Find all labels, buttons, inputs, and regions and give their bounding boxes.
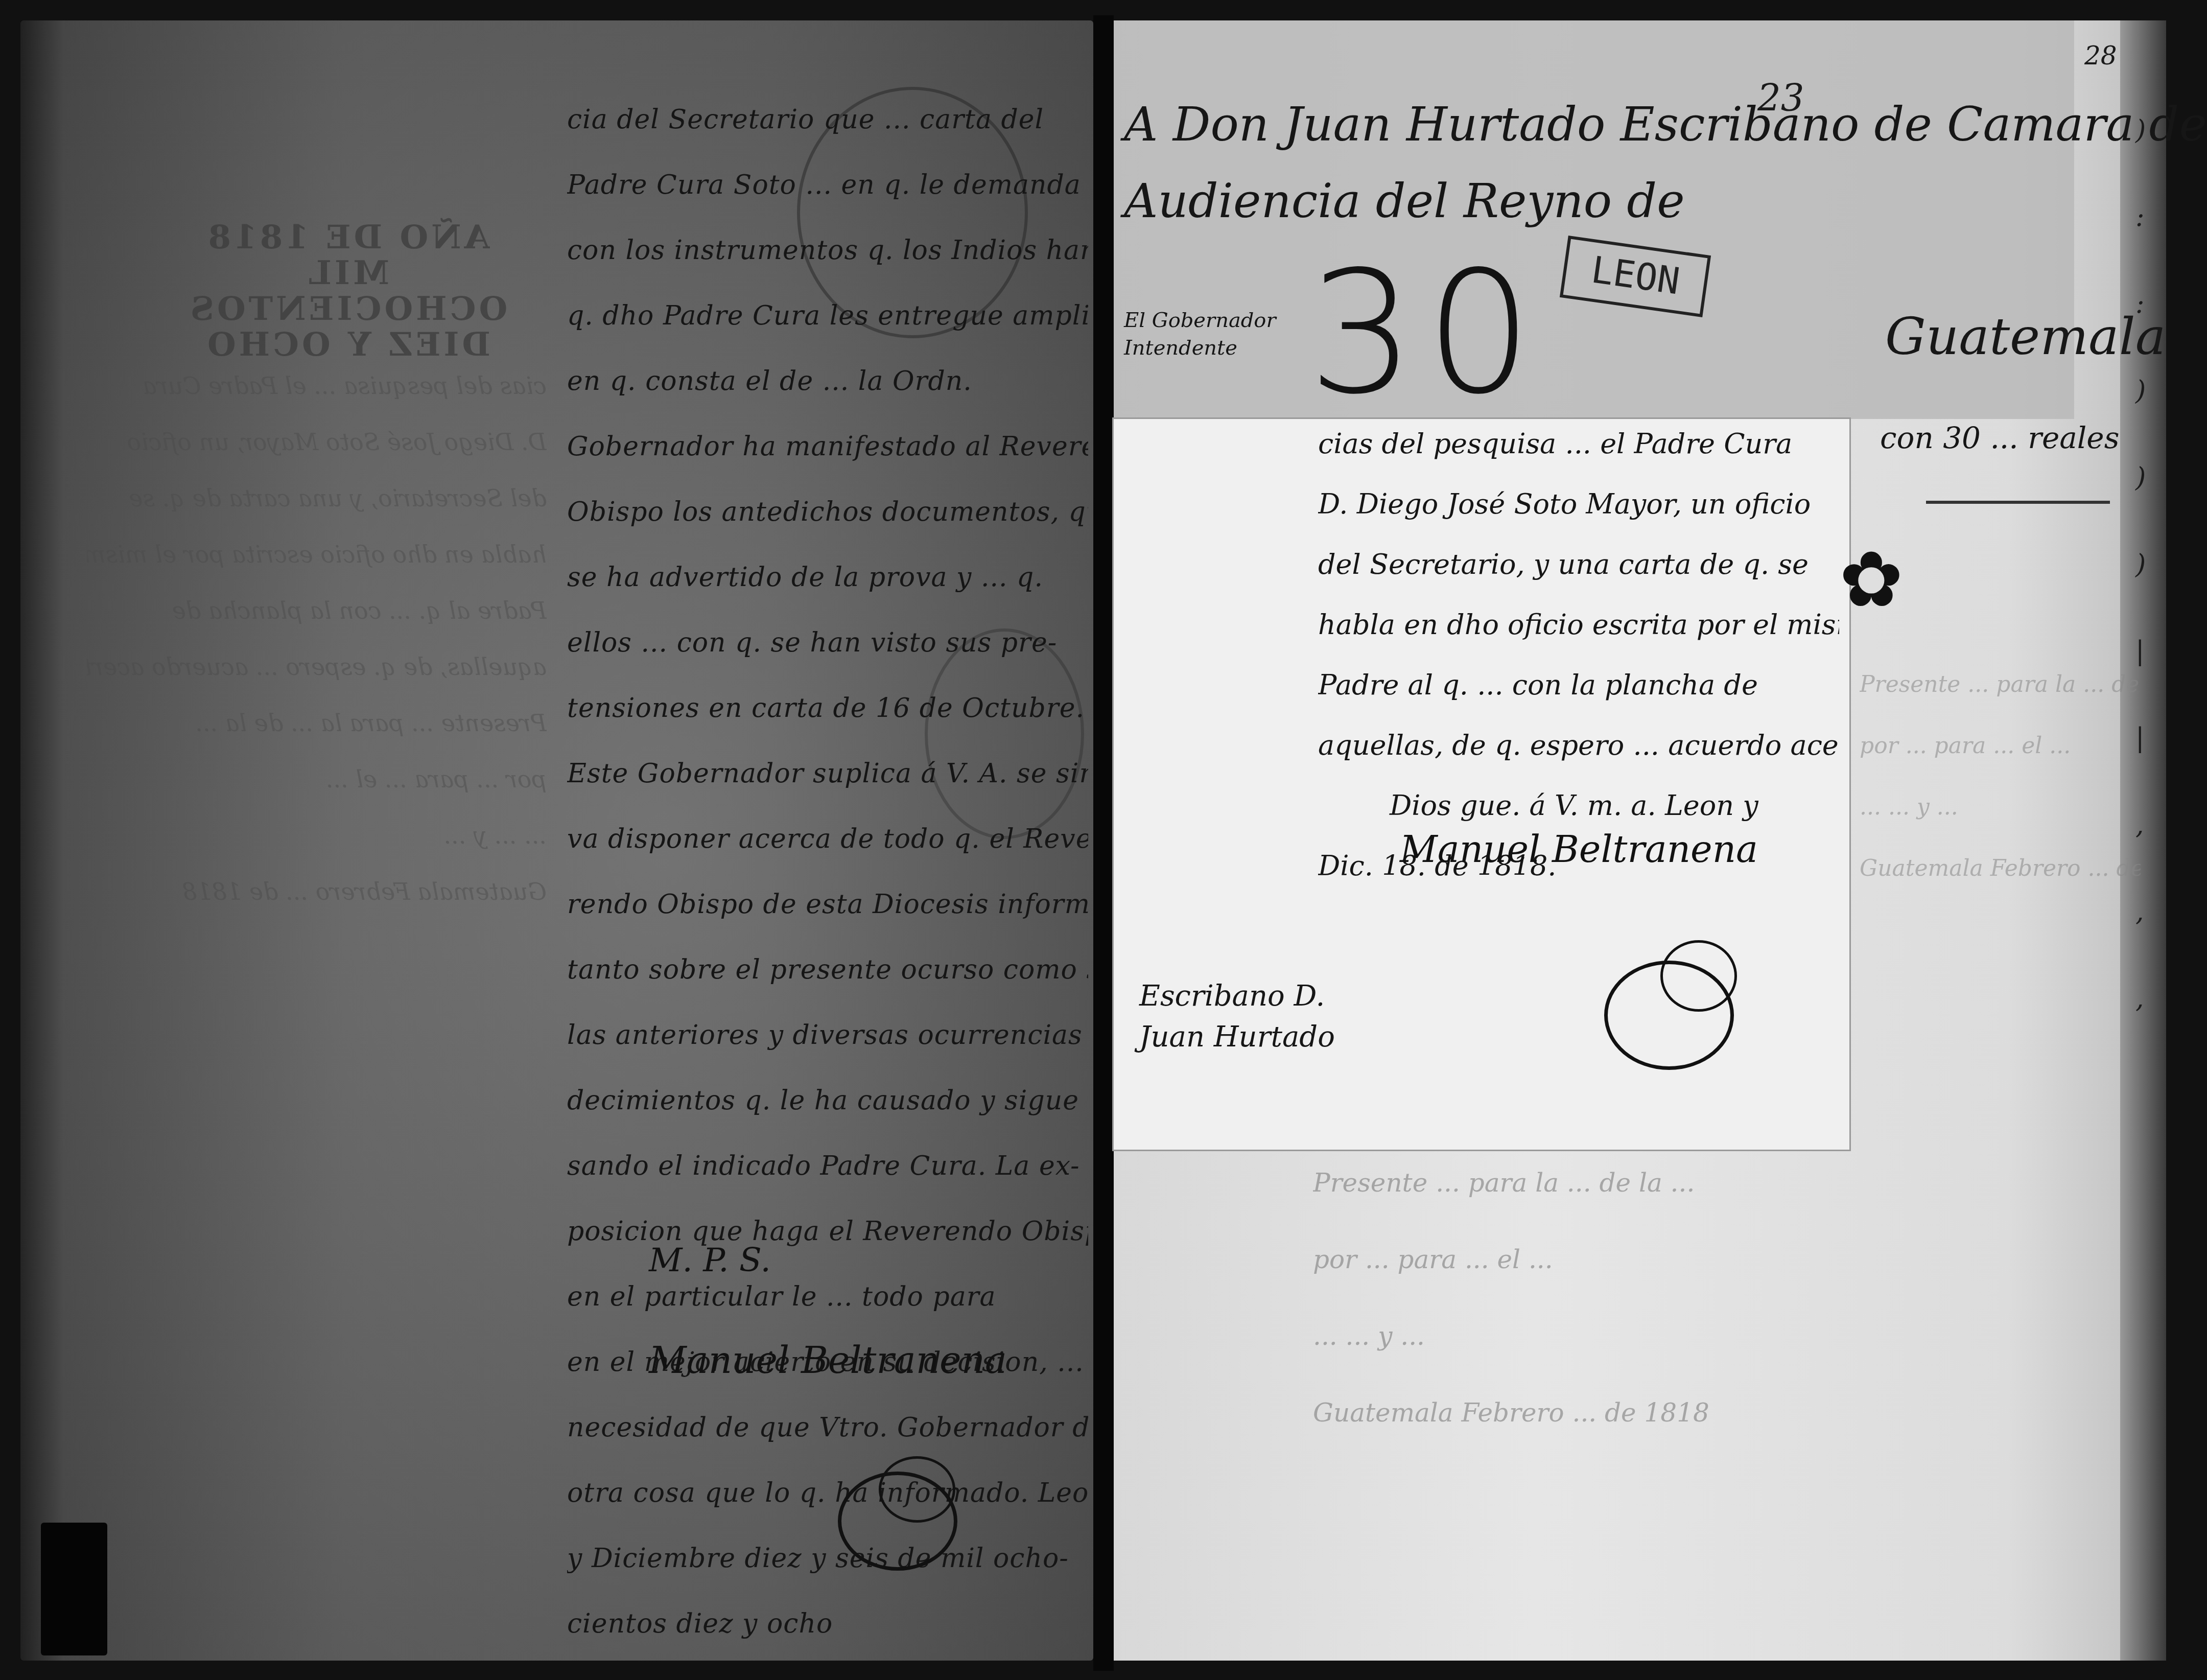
flourish-icon: ✿ (1839, 542, 1904, 618)
bleed-line: Padre al q. ... con la plancha de (87, 582, 547, 639)
margin-note-gobernador: El Gobernador Intendente (1124, 307, 1276, 362)
book-gutter (1093, 15, 1114, 1671)
faded-line: Guatemala Febrero ... de 1818 (1313, 1374, 2141, 1451)
bleed-line: aquellas, de q. espero ... acuerdo acert… (87, 639, 547, 695)
signature: Manuel Beltranena (649, 1339, 1007, 1382)
corner-number: 28 (2084, 41, 2117, 71)
text-line: posicion que haga el Reverendo Obispo (567, 1199, 1088, 1264)
escribano-note: Escribano D. Juan Hurtado (1139, 976, 1335, 1058)
address-line: Audiencia del Reyno de (1124, 174, 1685, 228)
slip-body: cias del pesquisa ... el Padre Cura D. D… (1318, 414, 1839, 896)
bleed-through-handwriting: cias del pesquisa ... el Padre Cura D. D… (87, 358, 547, 920)
text-line: cientos diez y ocho (567, 1591, 1088, 1656)
bleed-line: Guatemala Febrero ... de 1818 (87, 864, 547, 920)
rubric-flourish-icon (879, 1456, 955, 1523)
text-line: Dios gue. á V. m. a. Leon y (1318, 776, 1839, 836)
signature: Manuel Beltranena (1400, 828, 1758, 871)
text-line: con los instrumentos q. los Indios han (567, 218, 1088, 283)
text-line: en el particular le ... todo para (567, 1264, 1088, 1329)
left-page-body: cia del Secretario que ... carta del Pad… (567, 87, 1088, 1656)
binding-shadow (41, 1523, 107, 1655)
text-line: las anteriores y diversas ocurrencias y … (567, 1002, 1088, 1068)
text-line: en q. consta el de ... la Ordn. (567, 348, 1088, 414)
rubric-flourish-icon (1660, 940, 1737, 1012)
text-line: del Secretario, y una carta de q. se (1318, 534, 1839, 595)
bleed-through-print: AÑO DE 1818 MIL OCHOCIENTOS DIEZ Y OCHO (169, 220, 526, 363)
text-line: D. Diego José Soto Mayor, un oficio (1318, 474, 1839, 534)
text-line: aquellas, de q. espero ... acuerdo acert… (1318, 715, 1839, 776)
bleed-line: Presente ... para la ... de la ... (87, 695, 547, 751)
escribano-line: Juan Hurtado (1139, 1017, 1335, 1058)
text-line: Gobernador ha manifestado al Reverendo (567, 414, 1088, 479)
text-line: necesidad de que Vtro. Gobernador diga (567, 1395, 1088, 1460)
bleed-line: del Secretario, y una carta de q. se (87, 470, 547, 526)
bleed-line: cias del pesquisa ... el Padre Cura (87, 358, 547, 414)
text-line: cias del pesquisa ... el Padre Cura (1318, 414, 1839, 474)
address-line: A Don Juan Hurtado Escribano de Camara d… (1124, 97, 2207, 152)
text-line: se ha advertido de la prova y ... q. (567, 545, 1088, 610)
margin-note-line: Intendente (1124, 334, 1276, 362)
scan-frame: AÑO DE 1818 MIL OCHOCIENTOS DIEZ Y OCHO … (0, 0, 2207, 1680)
bleed-line: D. Diego José Soto Mayor, un oficio (87, 414, 547, 470)
ruled-line (1926, 501, 2110, 504)
closing-formula: M. P. S. (649, 1242, 771, 1279)
bleed-print-line: MIL OCHOCIENTOS (169, 255, 526, 327)
text-line: Este Gobernador suplica á V. A. se sir- (567, 741, 1088, 806)
margin-note-reales: con 30 ... reales (1880, 424, 2119, 452)
bleed-print-line: AÑO DE 1818 (169, 220, 526, 255)
faded-line: ... ... y ... (1313, 1298, 2141, 1374)
text-line: q. dho Padre Cura les entregue amplia (567, 283, 1088, 348)
faded-line: ... ... y ... (1860, 777, 2141, 838)
text-line: decimientos q. le ha causado y sigue cau… (567, 1068, 1088, 1133)
escribano-line: Escribano D. (1139, 976, 1335, 1017)
bleed-line: habla en dho oficio escrita por el mismo (87, 526, 547, 582)
faded-text: Presente ... para la ... de la ... por .… (1313, 1145, 2141, 1451)
faded-line: Presente ... para la ... de la ... (1860, 654, 2141, 715)
text-line: cia del Secretario que ... carta del (567, 87, 1088, 152)
text-line: tensiones en carta de 16 de Octubre. (567, 675, 1088, 741)
text-line: rendo Obispo de esta Diocesis informe (567, 872, 1088, 937)
text-line: Obispo los antedichos documentos, quiene… (567, 479, 1088, 545)
text-line: va disponer acerca de todo q. el Reve- (567, 806, 1088, 872)
text-line: otra cosa que lo q. ha informado. Leon (567, 1460, 1088, 1526)
text-line: ellos ... con q. se han visto sus pre- (567, 610, 1088, 675)
faded-line: por ... para ... el ... (1313, 1221, 2141, 1298)
margin-note-line: El Gobernador (1124, 307, 1276, 334)
bleed-line: por ... para ... el ... (87, 751, 547, 807)
faded-line: por ... para ... el ... (1860, 715, 2141, 777)
document-number: 30 (1308, 235, 1543, 431)
page-edge-marks: )::)))||,,, (2135, 87, 2146, 1042)
bleed-line: ... ... y ... (87, 807, 547, 864)
text-line: tanto sobre el presente ocurso como sobr… (567, 937, 1088, 1002)
text-line: Padre al q. ... con la plancha de (1318, 655, 1839, 715)
faded-margin-text: Presente ... para la ... de la ... por .… (1860, 654, 2141, 899)
text-line: y Diciembre diez y seis de mil ocho- (567, 1526, 1088, 1591)
faded-line: Presente ... para la ... de la ... (1313, 1145, 2141, 1221)
text-line: Padre Cura Soto ... en q. le demanda (567, 152, 1088, 218)
faded-line: Guatemala Febrero ... de 1818 (1860, 838, 2141, 899)
place-name: Guatemala (1885, 307, 2166, 366)
text-line: habla en dho oficio escrita por el mismo (1318, 595, 1839, 655)
text-line: sando el indicado Padre Cura. La ex- (567, 1133, 1088, 1199)
